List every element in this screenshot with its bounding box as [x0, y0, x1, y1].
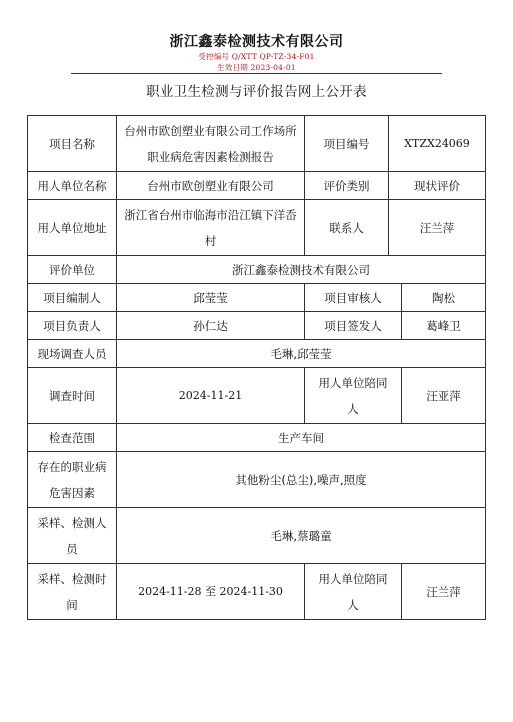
- employer-name-value: 台州市欧创塑业有限公司: [117, 172, 305, 199]
- project-no-value: XTZX24069: [389, 116, 485, 171]
- project-name-label: 项目名称: [28, 116, 117, 171]
- survey-time-label: 调查时间: [28, 368, 117, 423]
- sampling-escort-label: 用人单位陪同人: [305, 564, 402, 619]
- header-rule: [71, 73, 442, 74]
- sampling-staff-label: 采样、检测人员: [28, 508, 117, 563]
- employer-address-value: 浙江省台州市临海市沿江镇下洋岙村: [117, 200, 305, 255]
- hazards-value: 其他粉尘(总尘),噪声,照度: [117, 452, 485, 507]
- table-row: 检查范围 生产车间: [27, 424, 486, 452]
- table-row: 现场调查人员 毛琳,邱莹莹: [27, 340, 486, 368]
- survey-escort-value: 汪亚萍: [402, 368, 485, 423]
- table-row: 项目负责人 孙仁达 项目签发人 葛峰卫: [27, 312, 486, 340]
- table-row: 用人单位名称 台州市欧创塑业有限公司 评价类别 现状评价: [27, 172, 486, 200]
- company-name: 浙江鑫泰检测技术有限公司: [0, 31, 513, 51]
- sampling-escort-value: 汪兰萍: [402, 564, 485, 619]
- table-row: 采样、检测时间 2024-11-28 至 2024-11-30 用人单位陪同人 …: [27, 564, 486, 620]
- table-row: 项目名称 台州市欧创塑业有限公司工作场所职业病危害因素检测报告 项目编号 XTZ…: [27, 115, 486, 172]
- reviewer-label: 项目审核人: [305, 284, 402, 311]
- document-title: 职业卫生检测与评价报告网上公开表: [0, 80, 513, 100]
- survey-escort-label: 用人单位陪同人: [305, 368, 402, 423]
- table-row: 评价单位 浙江鑫泰检测技术有限公司: [27, 256, 486, 284]
- table-row: 存在的职业病危害因素 其他粉尘(总尘),噪声,照度: [27, 452, 486, 508]
- table-row: 项目编制人 邱莹莹 项目审核人 陶松: [27, 284, 486, 312]
- issuer-value: 葛峰卫: [402, 312, 485, 339]
- survey-staff-label: 现场调查人员: [28, 340, 117, 367]
- issuer-label: 项目签发人: [305, 312, 402, 339]
- hazards-label: 存在的职业病危害因素: [28, 452, 117, 507]
- sampling-time-value: 2024-11-28 至 2024-11-30: [117, 564, 305, 619]
- table-row: 用人单位地址 浙江省台州市临海市沿江镇下洋岙村 联系人 汪兰萍: [27, 200, 486, 256]
- project-name-value: 台州市欧创塑业有限公司工作场所职业病危害因素检测报告: [117, 116, 305, 171]
- employer-name-label: 用人单位名称: [28, 172, 117, 199]
- eval-unit-label: 评价单位: [28, 256, 117, 283]
- survey-time-value: 2024-11-21: [117, 368, 305, 423]
- leader-label: 项目负责人: [28, 312, 117, 339]
- eval-type-value: 现状评价: [389, 172, 485, 199]
- reviewer-value: 陶松: [402, 284, 485, 311]
- sampling-staff-value: 毛琳,蔡璐童: [117, 508, 485, 563]
- compiler-value: 邱莹莹: [117, 284, 305, 311]
- table-row: 调查时间 2024-11-21 用人单位陪同人 汪亚萍: [27, 368, 486, 424]
- eval-type-label: 评价类别: [305, 172, 389, 199]
- contact-value: 汪兰萍: [389, 200, 485, 255]
- employer-address-label: 用人单位地址: [28, 200, 117, 255]
- disclosure-table: 项目名称 台州市欧创塑业有限公司工作场所职业病危害因素检测报告 项目编号 XTZ…: [27, 115, 486, 620]
- control-number: 受控编号 Q/XTT QP-TZ-34-F01: [0, 51, 513, 62]
- eval-unit-value: 浙江鑫泰检测技术有限公司: [117, 256, 485, 283]
- effective-date: 生效日期 2023-04-01: [0, 62, 513, 73]
- scope-value: 生产车间: [117, 424, 485, 451]
- leader-value: 孙仁达: [117, 312, 305, 339]
- table-row: 采样、检测人员 毛琳,蔡璐童: [27, 508, 486, 564]
- project-no-label: 项目编号: [305, 116, 389, 171]
- contact-label: 联系人: [305, 200, 389, 255]
- survey-staff-value: 毛琳,邱莹莹: [117, 340, 485, 367]
- scope-label: 检查范围: [28, 424, 117, 451]
- sampling-time-label: 采样、检测时间: [28, 564, 117, 619]
- compiler-label: 项目编制人: [28, 284, 117, 311]
